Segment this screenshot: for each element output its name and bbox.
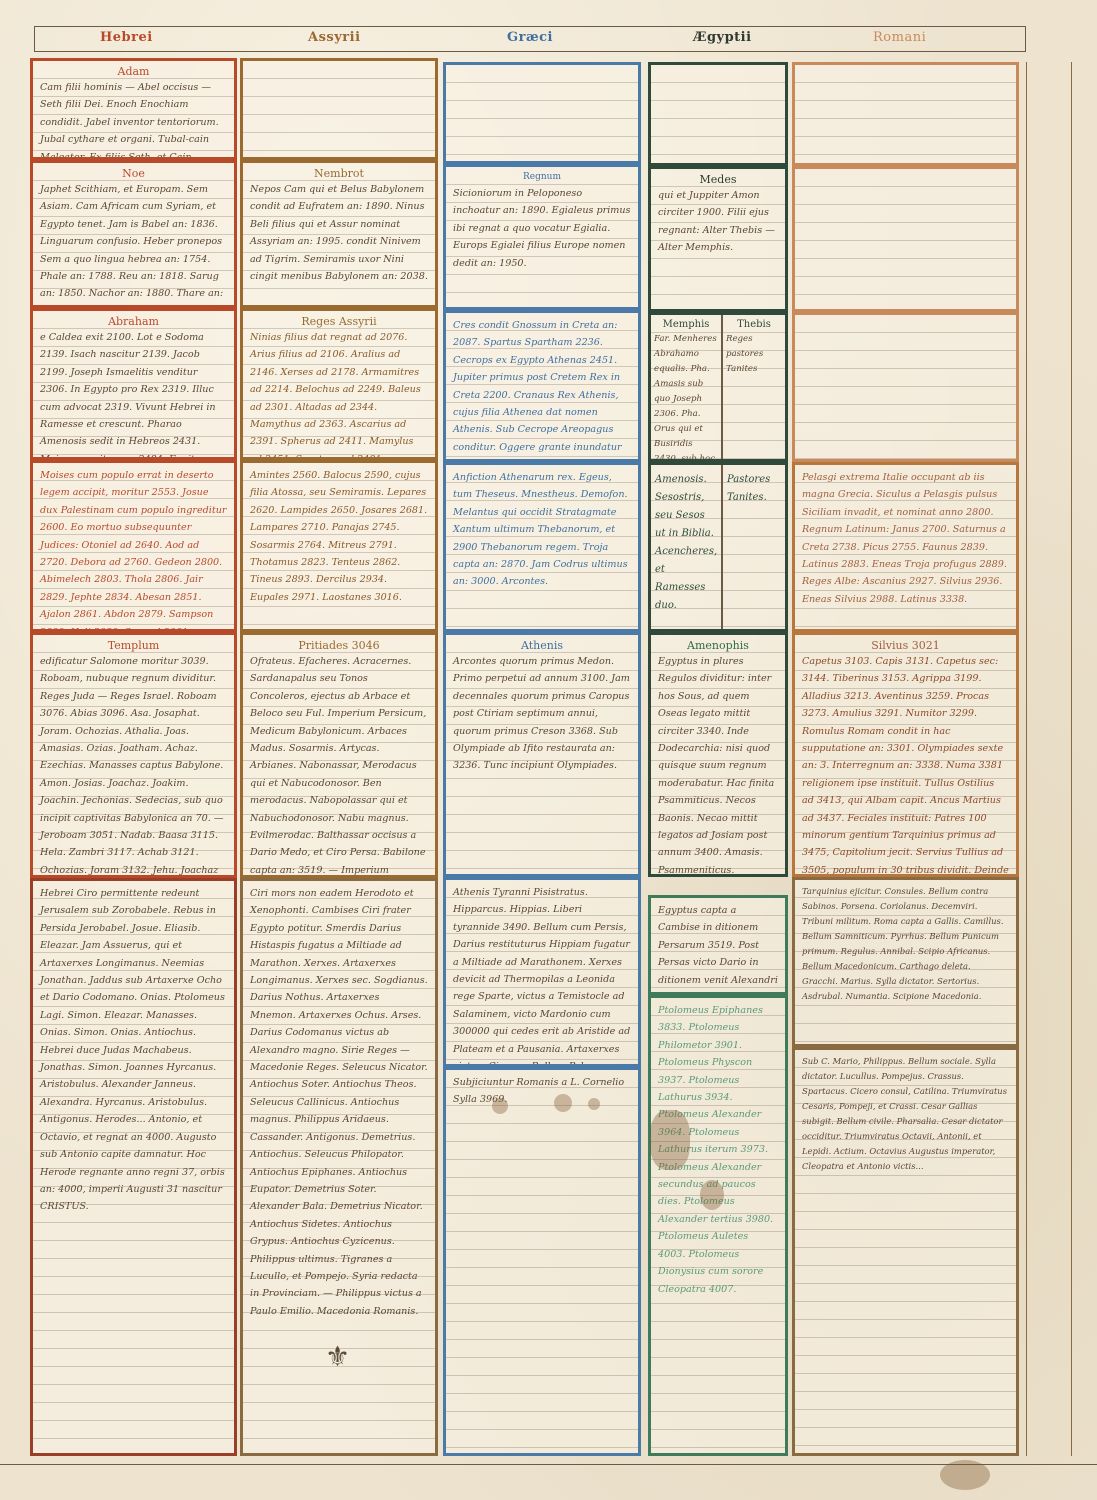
cell-aegyptii-amenosis: Amenosis. Sesostris, seu Sesos ut in Bib…	[648, 462, 788, 632]
cell-title: Silvius 3021	[802, 639, 1009, 652]
cell-text: Ninias filius dat regnat ad 2076. Arius …	[250, 329, 428, 460]
cell-text: Hebrei Ciro permittente redeunt Jerusale…	[40, 885, 227, 1216]
cell-text: Subjiciuntur Romanis a L. Cornelio Sylla…	[453, 1074, 631, 1109]
subcell-pastores: Pastores Tanites.	[723, 465, 785, 629]
cell-hebrei-moises: Moises cum populo errat in deserto legem…	[30, 460, 237, 632]
cell-title: Athenis	[453, 639, 631, 652]
cell-title: Templum	[40, 639, 227, 652]
ink-stain	[554, 1094, 572, 1112]
cell-graeci-cres: Cres condit Gnossum in Creta an: 2087. S…	[443, 310, 641, 462]
cell-title: Regnum	[453, 171, 631, 184]
cell-assyrii-pritiades: Pritiades 3046 Ofrateus. Efacheres. Acra…	[240, 632, 438, 878]
margin-column	[1026, 62, 1072, 1456]
cell-text: Ciri mors non eadem Herodoto et Xenophon…	[250, 885, 428, 1320]
cell-romani-empty-3	[792, 312, 1019, 462]
cell-text: Arcontes quorum primus Medon. Primo perp…	[453, 653, 631, 775]
cell-graeci-tyranni: Athenis Tyranni Pisistratus. Hipparcus. …	[443, 877, 641, 1067]
ink-stain	[650, 1110, 690, 1170]
cell-text: Athenis Tyranni Pisistratus. Hipparcus. …	[453, 884, 631, 1067]
cell-title: Pritiades 3046	[250, 639, 428, 652]
cell-hebrei-post-captivitatem: Hebrei Ciro permittente redeunt Jerusale…	[30, 878, 237, 1456]
cell-title: Nembrot	[250, 167, 428, 180]
column-header-aegyptii: Ægyptii	[693, 30, 752, 45]
cell-text: Far. Menheres Abrahamo equalis. Pha. Ama…	[654, 332, 718, 462]
footer-rule	[0, 1464, 1097, 1465]
cell-aegyptii-medes: Medes qui et Juppiter Amon circiter 1900…	[648, 166, 788, 312]
cell-text: qui et Juppiter Amon circiter 1900. Fili…	[658, 187, 778, 257]
cell-text: Amenosis. Sesostris, seu Sesos ut in Bib…	[655, 471, 717, 615]
cell-text: Cres condit Gnossum in Creta an: 2087. S…	[453, 317, 631, 462]
cell-romani-pelasgi: Pelasgi extrema Italie occupant ab iis m…	[792, 462, 1019, 632]
cell-romani-silvius: Silvius 3021 Capetus 3103. Capis 3131. C…	[792, 632, 1019, 877]
cell-aegyptii-ptolomei: Ptolomeus Epiphanes 3833. Ptolomeus Phil…	[648, 995, 788, 1456]
cell-text: Pastores Tanites.	[727, 471, 781, 507]
subcell-memphis: Memphis Far. Menheres Abrahamo equalis. …	[651, 315, 721, 459]
cell-title: Amenophis	[658, 639, 778, 652]
cell-title: Thebis	[726, 318, 782, 331]
fleur-ornament-icon: ⚜	[325, 1340, 350, 1373]
cell-text: Egyptus capta a Cambise in ditionem Pers…	[658, 902, 778, 995]
cell-romani-triumviri: Sub C. Mario, Philippus. Bellum sociale.…	[792, 1047, 1019, 1456]
column-header-graeci: Græci	[507, 30, 553, 45]
cell-text: Reges pastores Tanites	[726, 332, 782, 377]
manuscript-sheet: Hebrei Assyrii Græci Ægyptii Romani Adam…	[0, 0, 1097, 1500]
cell-graeci-sicionii: Regnum Sicioniorum in Peloponeso inchoat…	[443, 164, 641, 310]
ink-stain	[588, 1098, 600, 1110]
subcell-amenosis: Amenosis. Sesostris, seu Sesos ut in Bib…	[651, 465, 721, 629]
ink-stain	[492, 1098, 508, 1114]
cell-graeci-anfiction: Anfiction Athenarum rex. Egeus, tum Thes…	[443, 462, 641, 632]
column-header-hebrei: Hebrei	[100, 30, 153, 45]
cell-graeci-empty	[443, 62, 641, 164]
cell-text: Ofrateus. Efacheres. Acracernes. Sardana…	[250, 653, 428, 878]
cell-text: Egyptus in plures Regulos dividitur: int…	[658, 653, 778, 877]
cell-graeci-romanis: Subjiciuntur Romanis a L. Cornelio Sylla…	[443, 1067, 641, 1456]
cell-hebrei-abraham: Abraham e Caldea exit 2100. Lot e Sodoma…	[30, 308, 237, 460]
cell-text: Tarquinius ejicitur. Consules. Bellum co…	[802, 884, 1009, 1004]
cell-text: Anfiction Athenarum rex. Egeus, tum Thes…	[453, 469, 631, 591]
column-header-romani: Romani	[873, 30, 926, 45]
cell-title: Abraham	[40, 315, 227, 328]
cell-text: Amintes 2560. Balocus 2590, cujus filia …	[250, 467, 428, 606]
subcell-thebis: Thebis Reges pastores Tanites	[723, 315, 785, 459]
cell-text: Cam filii hominis — Abel occisus — Seth …	[40, 79, 227, 160]
cell-title: Medes	[658, 173, 778, 186]
cell-romani-empty-2	[792, 166, 1019, 312]
cell-title: Memphis	[654, 318, 718, 331]
cell-assyrii-reges: Reges Assyrii Ninias filius dat regnat a…	[240, 308, 438, 460]
ink-stain	[700, 1180, 724, 1210]
cell-aegyptii-amenophis: Amenophis Egyptus in plures Regulos divi…	[648, 632, 788, 877]
cell-aegyptii-memphis-thebis: Memphis Far. Menheres Abrahamo equalis. …	[648, 312, 788, 462]
cell-hebrei-noe: Noe Japhet Scithiam, et Europam. Sem Asi…	[30, 160, 237, 308]
cell-aegyptii-cambises: Egyptus capta a Cambise in ditionem Pers…	[648, 895, 788, 995]
cell-hebrei-templum: Templum edificatur Salomone moritur 3039…	[30, 632, 237, 878]
cell-title: Noe	[40, 167, 227, 180]
cell-text: Sicioniorum in Peloponeso inchoatur an: …	[453, 185, 631, 272]
cell-text: Pelasgi extrema Italie occupant ab iis m…	[802, 469, 1009, 608]
cell-romani-empty-1	[792, 62, 1019, 166]
cell-text: e Caldea exit 2100. Lot e Sodoma 2139. I…	[40, 329, 227, 460]
cell-title: Reges Assyrii	[250, 315, 428, 328]
cell-assyrii-nembrot: Nembrot Nepos Cam qui et Belus Babylonem…	[240, 160, 438, 308]
cell-text: Nepos Cam qui et Belus Babylonem condit …	[250, 181, 428, 285]
cell-text: Capetus 3103. Capis 3131. Capetus sec: 3…	[802, 653, 1009, 877]
cell-hebrei-adam: Adam Cam filii hominis — Abel occisus — …	[30, 58, 237, 160]
cell-text: edificatur Salomone moritur 3039. Roboam…	[40, 653, 227, 878]
column-header-assyrii: Assyrii	[308, 30, 361, 45]
cell-text: Sub C. Mario, Philippus. Bellum sociale.…	[802, 1054, 1009, 1174]
cell-assyrii-empty	[240, 58, 438, 160]
cell-aegyptii-empty	[648, 62, 788, 166]
cell-assyrii-amintes: Amintes 2560. Balocus 2590, cujus filia …	[240, 460, 438, 632]
cell-title: Adam	[40, 65, 227, 78]
cell-romani-consules: Tarquinius ejicitur. Consules. Bellum co…	[792, 877, 1019, 1047]
cell-text: Japhet Scithiam, et Europam. Sem Asiam. …	[40, 181, 227, 308]
cell-graeci-athenis: Athenis Arcontes quorum primus Medon. Pr…	[443, 632, 641, 877]
cell-text: Moises cum populo errat in deserto legem…	[40, 467, 227, 632]
